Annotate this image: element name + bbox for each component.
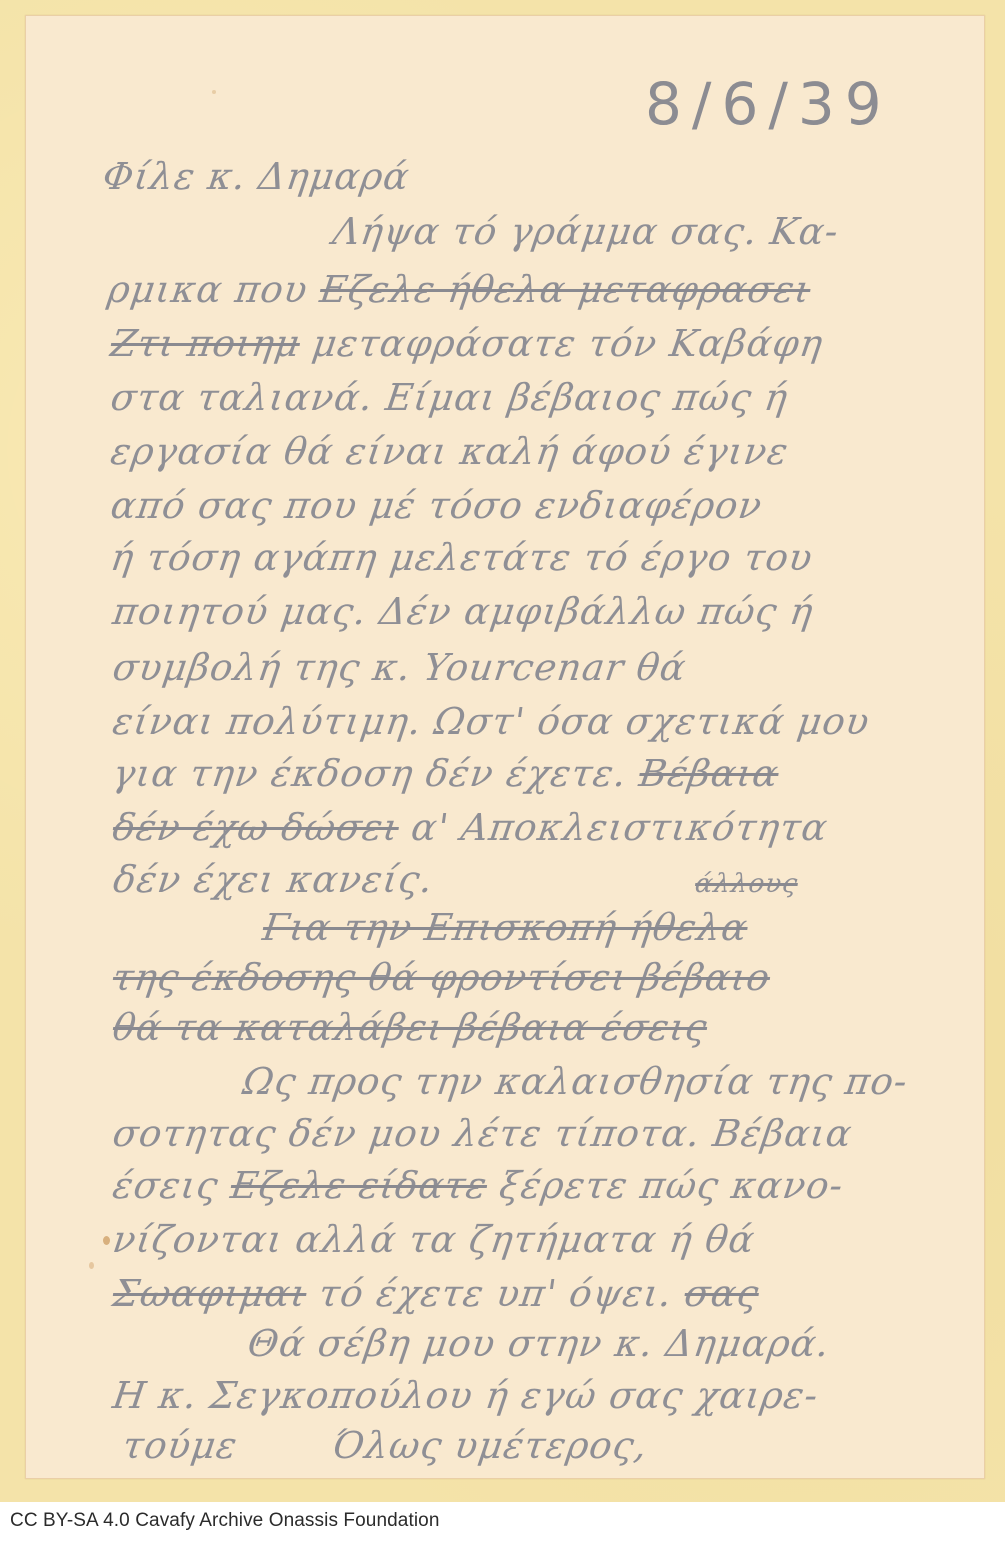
struck-text: σας (682, 1272, 762, 1315)
letter-line: είναι πολύτιμη. Ωστ' όσα σχετικά μου (110, 700, 872, 744)
line-text: από σας που μέ τόσο ενδιαφέρον (108, 484, 765, 527)
letter-line: τούμε (120, 1424, 240, 1468)
letter-line: εργασία θά είναι καλή άφού έγινε (108, 430, 791, 474)
line-text: α' Αποκλειστικότητα (409, 806, 831, 849)
struck-text: Για την Επισκοπή ήθελα (260, 906, 750, 949)
letter-line: νίζονται αλλά τα ζητήματα ή θά (110, 1218, 758, 1262)
struck-text: Βέβαια (637, 752, 782, 795)
line-text: συμβολή της κ. Yourcenar θά (110, 646, 689, 689)
line-text: είναι πολύτιμη. Ωστ' όσα σχετικά μου (110, 700, 872, 743)
line-text: Λήψα τό γράμμα σας. Κα- (330, 210, 842, 253)
license-caption: CC BY-SA 4.0 Cavafy Archive Onassis Foun… (10, 1510, 440, 1532)
letter-date: 8/6/39 (645, 70, 892, 138)
line-text: ξέρετε πώς κανο- (497, 1164, 846, 1207)
letter-line: ή τόση αγάπη μελετάτε τό έργο του (108, 536, 816, 580)
line-text: τό έχετε υπ' όψει. (316, 1272, 675, 1315)
line-text: σοτητας δέν μου λέτε τίποτα. Βέβαια (110, 1112, 855, 1155)
struck-text: θά τα καταλάβει βέβαια έσεις (110, 1006, 710, 1049)
letter-line: θά τα καταλάβει βέβαια έσεις (110, 1006, 710, 1050)
letter-line: Για την Επισκοπή ήθελα (260, 906, 751, 950)
letter-line: στα ταλιανά. Είμαι βέβαιος πώς ή (108, 376, 791, 420)
foxing-spot (103, 1236, 110, 1245)
letter-line: έσεις Εζελε είδατε ξέρετε πώς κανο- (110, 1164, 846, 1208)
line-text: νίζονται αλλά τα ζητήματα ή θά (110, 1218, 758, 1261)
line-text: ποιητού μας. Δέν αμφιβάλλω πώς ή (110, 590, 816, 633)
line-text: μεταφράσατε τόν Καβάφη (310, 322, 826, 365)
letter-line: δέν έχω δώσει α' Αποκλειστικότητα (110, 806, 831, 850)
letter-line: Λήψα τό γράμμα σας. Κα- (330, 210, 842, 254)
struck-text: Σωαφιμαι (110, 1272, 309, 1315)
letter-line: σοτητας δέν μου λέτε τίποτα. Βέβαια (110, 1112, 855, 1156)
struck-text: Εζελε είδατε (228, 1164, 490, 1207)
struck-text: της έκδοσης θά φροντίσει βέβαιο (110, 956, 773, 999)
line-text: ρμικα που (105, 268, 310, 311)
letter-line: Ζτι ποιημ μεταφράσατε τόν Καβάφη (108, 322, 826, 366)
foxing-spot (212, 90, 216, 94)
letter-line: Η κ. Σεγκοπούλου ή εγώ σας χαιρε- (110, 1374, 821, 1418)
line-text: δέν έχει κανείς. (111, 858, 436, 901)
letter-line: από σας που μέ τόσο ενδιαφέρον (108, 484, 765, 528)
letter-line: συμβολή της κ. Yourcenar θά (110, 646, 689, 690)
letter-line: ποιητού μας. Δέν αμφιβάλλω πώς ή (110, 590, 816, 634)
line-prefix: έσεις (110, 1164, 221, 1207)
line-text: ή τόση αγάπη μελετάτε τό έργο του (108, 536, 815, 579)
struck-text: Εζελε ήθελα μεταφρασει (317, 268, 813, 311)
line-text: τούμε (120, 1424, 240, 1467)
struck-text: Ζτι ποιημ (108, 322, 303, 365)
closing: Όλως υμέτερος, (330, 1424, 650, 1468)
line-text: στα ταλιανά. Είμαι βέβαιος πώς ή (108, 376, 791, 419)
letter-line: Ως προς την καλαισθησία της πο- (240, 1060, 911, 1104)
line-text: Η κ. Σεγκοπούλου ή εγώ σας χαιρε- (110, 1374, 821, 1417)
letter-line: δέν έχει κανείς. άλλους (110, 858, 801, 906)
letter-line: Θά σέβη μου στην κ. Δημαρά. (245, 1322, 833, 1366)
struck-text: δέν έχω δώσει (110, 806, 402, 849)
letter-line: της έκδοσης θά φροντίσει βέβαιο (110, 956, 773, 1000)
letter-line: Σωαφιμαι τό έχετε υπ' όψει. σας (110, 1272, 762, 1316)
line-text: για την έκδοση δέν έχετε. (110, 752, 630, 795)
struck-text: άλλους (693, 869, 800, 899)
foxing-spot (89, 1262, 94, 1269)
letter-line: ρμικα που Εζελε ήθελα μεταφρασει (105, 268, 813, 312)
line-text: Θά σέβη μου στην κ. Δημαρά. (245, 1322, 832, 1365)
letter-line: για την έκδοση δέν έχετε. Βέβαια (110, 752, 782, 796)
salutation: Φίλε κ. Δημαρά (100, 155, 413, 199)
line-text: Ως προς την καλαισθησία της πο- (240, 1060, 911, 1103)
line-text: εργασία θά είναι καλή άφού έγινε (108, 430, 791, 473)
